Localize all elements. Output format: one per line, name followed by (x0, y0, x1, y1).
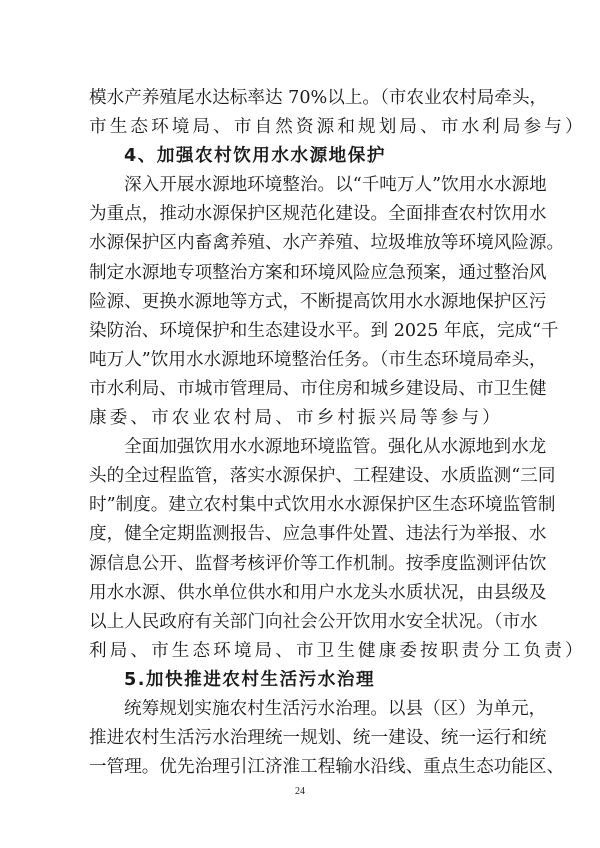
text-line: 头的全过程监管，落实水源保护、工程建设、水质监测“三同 (89, 462, 513, 491)
page-number: 24 (0, 786, 600, 797)
text-line: 时”制度。建立农村集中式饮用水水源保护区生态环境监管制 (89, 491, 513, 520)
section-heading-5: 5.加快推进农村生活污水治理 (89, 666, 513, 695)
document-body: 模水产养殖尾水达标率达 70%以上。（市农业农村局牵头， 市生态环境局、市自然资… (89, 84, 513, 782)
text-line: 度，健全定期监测报告、应急事件处置、违法行为举报、水 (89, 520, 513, 549)
text-line: 市生态环境局、市自然资源和规划局、市水利局参与） (89, 113, 513, 142)
text-line: 康委、市农业农村局、市乡村振兴局等参与） (89, 404, 513, 433)
section-heading-4: 4、加强农村饮用水水源地保护 (89, 142, 513, 171)
text-line: 为重点，推动水源保护区规范化建设。全面排查农村饮用水 (89, 200, 513, 229)
text-line: 利局、市生态环境局、市卫生健康委按职责分工负责） (89, 637, 513, 666)
text-line: 吨万人”饮用水水源地环境整治任务。（市生态环境局牵头， (89, 346, 513, 375)
text-line: 染防治、环境保护和生态建设水平。到 2025 年底，完成“千 (89, 317, 513, 346)
text-line: 全面加强饮用水水源地环境监管。强化从水源地到水龙 (89, 433, 513, 462)
text-line: 以上人民政府有关部门向社会公开饮用水安全状况。（市水 (89, 608, 513, 637)
text-line: 推进农村生活污水治理统一规划、统一建设、统一运行和统 (89, 724, 513, 753)
text-line: 制定水源地专项整治方案和环境风险应急预案，通过整治风 (89, 259, 513, 288)
text-line: 市水利局、市城市管理局、市住房和城乡建设局、市卫生健 (89, 375, 513, 404)
text-line: 水源保护区内畜禽养殖、水产养殖、垃圾堆放等环境风险源。 (89, 229, 513, 258)
text-line: 险源、更换水源地等方式，不断提高饮用水水源地保护区污 (89, 288, 513, 317)
text-line: 统筹规划实施农村生活污水治理。以县（区）为单元， (89, 695, 513, 724)
text-line: 深入开展水源地环境整治。以“千吨万人”饮用水水源地 (89, 171, 513, 200)
text-line: 模水产养殖尾水达标率达 70%以上。（市农业农村局牵头， (89, 84, 513, 113)
text-line: 一管理。优先治理引江济淮工程输水沿线、重点生态功能区、 (89, 753, 513, 782)
text-line: 源信息公开、监督考核评价等工作机制。按季度监测评估饮 (89, 550, 513, 579)
text-line: 用水水源、供水单位供水和用户水龙头水质状况，由县级及 (89, 579, 513, 608)
